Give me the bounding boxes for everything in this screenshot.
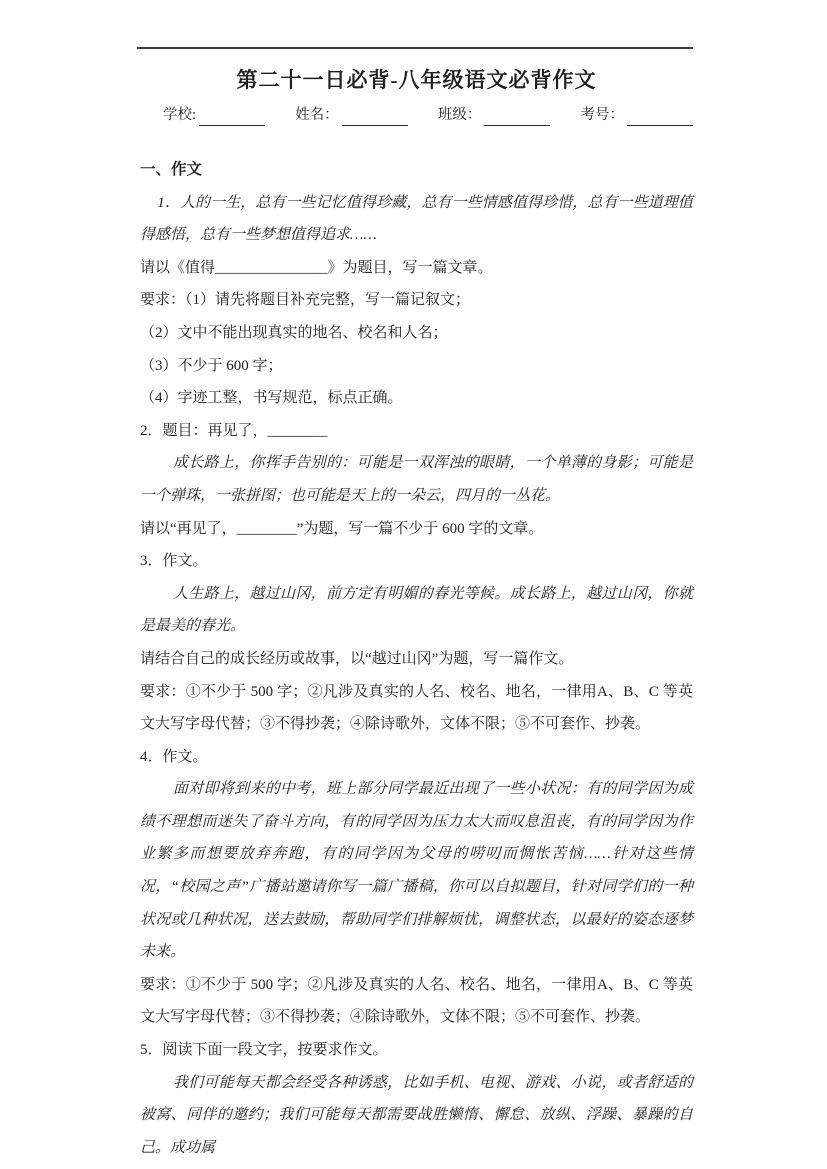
- name-blank: [342, 109, 408, 126]
- exam-number-blank: [627, 109, 693, 126]
- q3-prompt-paragraph: 人生路上，越过山冈，前方定有明媚的春光等候。成长路上，越过山冈，你就是最美的春光…: [140, 578, 693, 643]
- document-title: 第二十一日必背-八年级语文必背作文: [140, 64, 693, 94]
- class-label: 班级：: [438, 104, 482, 126]
- document-page: 第二十一日必背-八年级语文必背作文 学校: 姓名： 班级： 考号： 一、作文 1…: [0, 0, 827, 1169]
- q4-requirements-line: 要求：①不少于 500 字；②凡涉及真实的人名、校名、地名，一律用A、B、C 等…: [140, 969, 693, 1034]
- school-blank: [199, 109, 265, 126]
- q1-title-line: 请以《值得_______________》为题目，写一篇文章。: [140, 252, 693, 285]
- q1-requirement-3: （3）不少于 600 字；: [140, 350, 693, 383]
- document-body: 一、作文 1．人的一生，总有一些记忆值得珍藏，总有一些情感值得珍惜，总有一些道理…: [140, 154, 693, 1164]
- exam-number-field: 考号：: [581, 104, 694, 126]
- school-label: 学校:: [163, 104, 196, 126]
- q1-requirement-2: （2）文中不能出现真实的地名、校名和人名；: [140, 317, 693, 350]
- class-blank: [484, 109, 550, 126]
- exam-number-label: 考号：: [581, 104, 625, 126]
- section-heading: 一、作文: [140, 154, 693, 187]
- school-field: 学校:: [163, 104, 265, 126]
- q3-task-line: 请结合自己的成长经历或故事，以“越过山冈”为题，写一篇作文。: [140, 643, 693, 676]
- q5-title-line: 5．阅读下面一段文字，按要求作文。: [140, 1034, 693, 1067]
- q2-task-line: 请以“再见了，________”为题，写一篇不少于 600 字的文章。: [140, 513, 693, 546]
- q4-prompt-paragraph: 面对即将到来的中考，班上部分同学最近出现了一些小状况：有的同学因为成绩不理想而迷…: [140, 773, 693, 969]
- q5-prompt-paragraph: 我们可能每天都会经受各种诱惑，比如手机、电视、游戏、小说，或者舒适的被窝、同伴的…: [140, 1067, 693, 1165]
- q2-title-line: 2．题目：再见了，________: [140, 415, 693, 448]
- name-label: 姓名：: [295, 104, 339, 126]
- q1-requirement-4: （4）字迹工整，书写规范，标点正确。: [140, 382, 693, 415]
- q3-title-line: 3．作文。: [140, 545, 693, 578]
- header-rule: [137, 47, 693, 49]
- student-info-row: 学校: 姓名： 班级： 考号：: [163, 104, 693, 126]
- q1-prompt-paragraph: 1．人的一生，总有一些记忆值得珍藏，总有一些情感值得珍惜，总有一些道理值得感悟，…: [140, 187, 693, 252]
- q1-requirement-1: 要求：（1）请先将题目补充完整，写一篇记叙文；: [140, 284, 693, 317]
- class-field: 班级：: [438, 104, 551, 126]
- q3-requirements-line: 要求：①不少于 500 字；②凡涉及真实的人名、校名、地名，一律用A、B、C 等…: [140, 676, 693, 741]
- q4-title-line: 4．作文。: [140, 741, 693, 774]
- q2-prompt-paragraph: 成长路上，你挥手告别的：可能是一双浑浊的眼睛，一个单薄的身影；可能是一个弹珠，一…: [140, 447, 693, 512]
- name-field: 姓名：: [295, 104, 408, 126]
